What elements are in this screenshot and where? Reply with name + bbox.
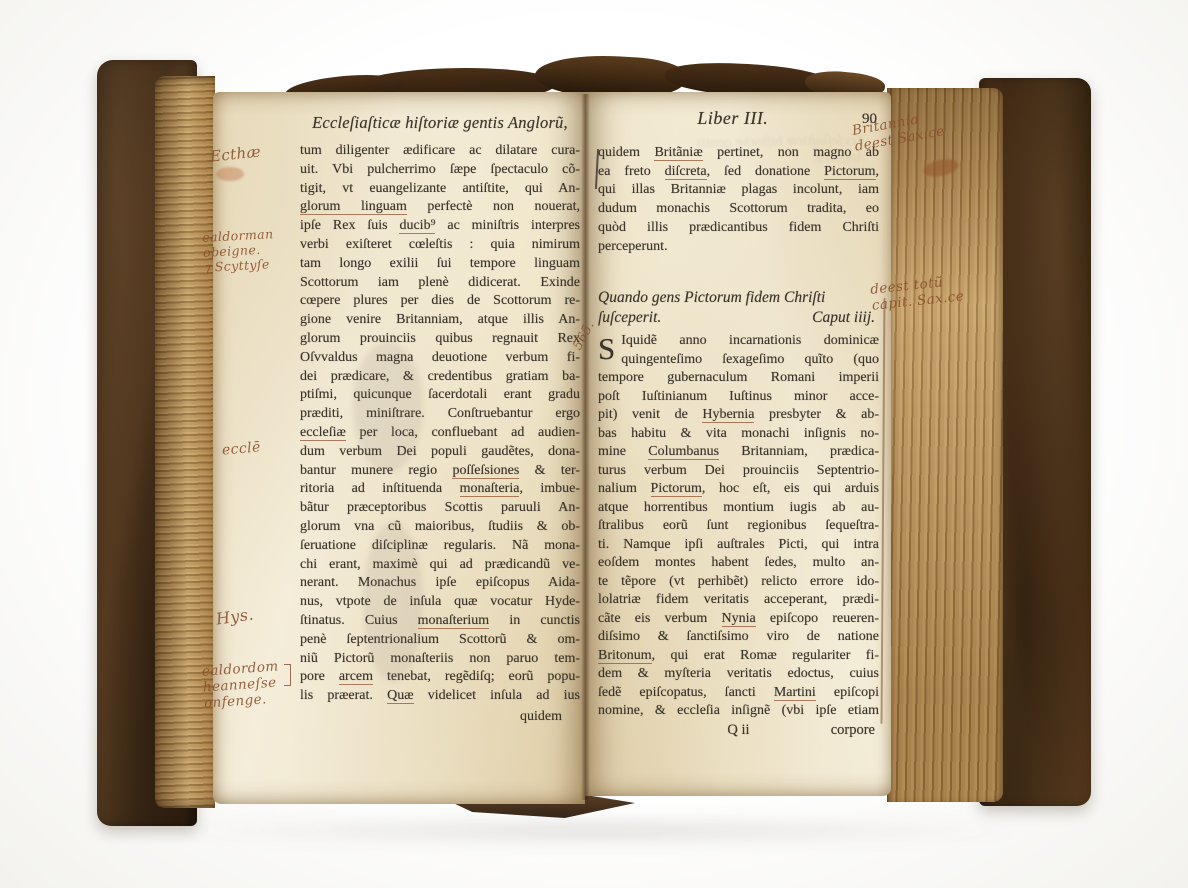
left-catchword: quidem: [300, 709, 562, 725]
right-page: Eccleſiaſticæ hiſtoriæ gentis Anglorũ, L…: [585, 92, 891, 796]
handwritten-note-old-english-gloss-2: ealdordomheanneſseonfenge.: [201, 659, 281, 712]
ink-stain: [216, 167, 244, 181]
handwritten-note-ecclesiae: ecclē: [221, 439, 261, 459]
right-page-paragraph-2: S Iquidẽ anno incarnationis dominicæquin…: [598, 332, 879, 721]
signature-line: Q ii corpore: [598, 722, 879, 742]
chapter-heading-end: ſuſceperit.: [598, 308, 661, 328]
margin-smudge: [363, 522, 423, 682]
chapter-number: Caput iiij.: [812, 308, 875, 328]
chapter-heading: Quando gens Pictorum fidem Chriſti ſuſce…: [598, 288, 879, 328]
drop-cap-initial: S: [598, 334, 615, 367]
book-title-liber: Liber III.: [697, 108, 768, 129]
right-page-paragraph-2-lines: Iquidẽ anno incarnationis dominicæquinge…: [598, 332, 879, 721]
open-book: Eccleſiaſticæ hiſtoriæ gentis Anglorũ, t…: [95, 52, 1095, 852]
handwritten-note-old-english-gloss-1: ealdormanoþeigne.⁊ Scyttyſe: [202, 227, 276, 275]
right-page-header: Liber III. 90: [598, 108, 879, 130]
gutter-shadow: [581, 94, 590, 800]
running-title: Eccleſiaſticæ hiſtoriæ gentis Anglorũ,: [300, 113, 580, 133]
right-catchword: corpore: [831, 722, 875, 739]
chapter-heading-line1: Quando gens Pictorum fidem Chriſti: [598, 288, 879, 308]
chapter-heading-line2: ſuſceperit. Caput iiij.: [598, 308, 879, 328]
margin-smudge: [353, 342, 423, 472]
photograph-background: Eccleſiaſticæ hiſtoriæ gentis Anglorũ, t…: [0, 0, 1188, 888]
show-through-ghost-text: Eccleſiaſticæ hiſtoriæ gentis Anglorũ,: [655, 132, 866, 170]
book-shadow: [155, 814, 1035, 848]
insertion-bracket-mark: [284, 664, 291, 686]
left-page-body-text: tum diligenter ædificare ac dilatare cur…: [300, 142, 580, 706]
signature-mark: Q ii: [727, 722, 749, 739]
right-page-edges: [887, 88, 1003, 802]
